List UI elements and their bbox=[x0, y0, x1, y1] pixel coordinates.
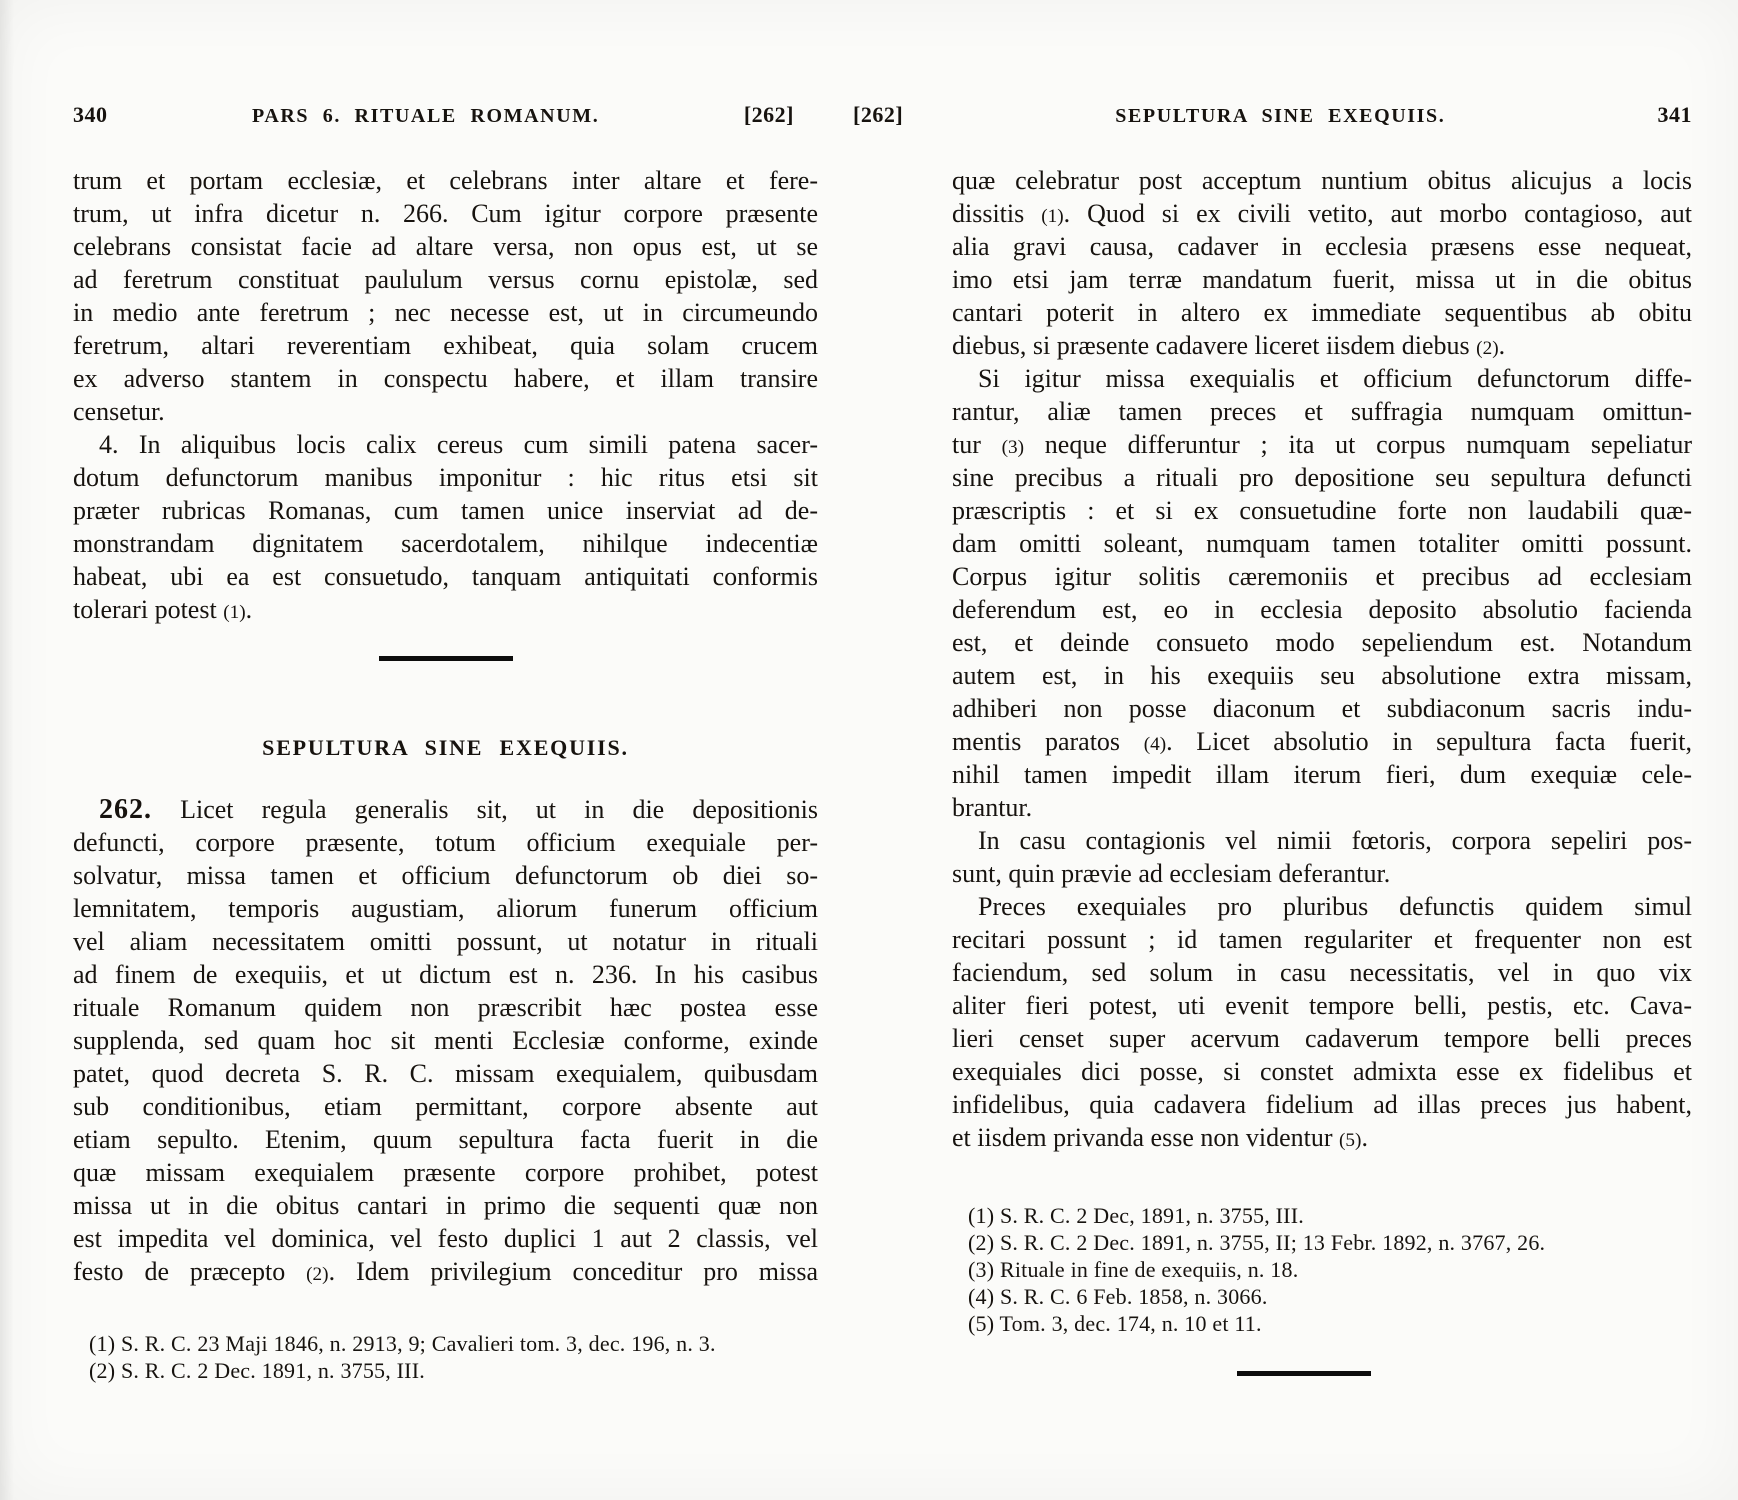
text-line: recitari possunt ; id tamen regulariter … bbox=[952, 923, 1692, 956]
text-line: censetur. bbox=[73, 395, 818, 428]
text-line: faciendum, sed solum in casu necessitati… bbox=[952, 956, 1692, 989]
text-line: dissitis (1). Quod si ex civili vetito, … bbox=[952, 197, 1692, 230]
paragraph: Preces exequiales pro pluribus defunctis… bbox=[952, 890, 1692, 1154]
footnote-line: (2) S. R. C. 2 Dec. 1891, n. 3755, III. bbox=[89, 1357, 818, 1384]
footnote-marker: (4) bbox=[1144, 734, 1166, 755]
footnote-line: (1) S. R. C. 23 Maji 1846, n. 2913, 9; C… bbox=[89, 1330, 818, 1357]
text-line: solvatur, missa tamen et officium defunc… bbox=[73, 859, 818, 892]
text-line: sunt, quin prævie ad ecclesiam deferantu… bbox=[952, 857, 1692, 890]
text-line: adhiberi non posse diaconum et subdiacon… bbox=[952, 692, 1692, 725]
left-section-ref: [262] bbox=[744, 102, 794, 128]
section-divider-rule bbox=[1237, 1371, 1371, 1376]
text-line: mentis paratos (4). Licet absolutio in s… bbox=[952, 725, 1692, 758]
text-line: festo de præcepto (2). Idem privilegium … bbox=[73, 1255, 818, 1288]
text-line: cantari poterit in altero ex immediate s… bbox=[952, 296, 1692, 329]
text-line: tur (3) neque differuntur ; ita ut corpu… bbox=[952, 428, 1692, 461]
footnotes: (1) S. R. C. 23 Maji 1846, n. 2913, 9; C… bbox=[73, 1330, 818, 1384]
text-line: missa ut in die obitus cantari in primo … bbox=[73, 1189, 818, 1222]
right-page-number: 341 bbox=[1657, 102, 1692, 128]
footnotes: (1) S. R. C. 2 Dec, 1891, n. 3755, III.(… bbox=[952, 1202, 1692, 1337]
footnote-marker: (2) bbox=[1476, 338, 1498, 359]
text-line: exequiales dici posse, si constet admixt… bbox=[952, 1055, 1692, 1088]
section-heading: SEPULTURA SINE EXEQUIIS. bbox=[73, 733, 818, 763]
text-line: ex adverso stantem in conspectu habere, … bbox=[73, 362, 818, 395]
text-line: rantur, aliæ tamen preces et suffragia n… bbox=[952, 395, 1692, 428]
text-line: ad feretrum constituat paululum versus c… bbox=[73, 263, 818, 296]
text-line: nihil tamen impedit illam iterum fieri, … bbox=[952, 758, 1692, 791]
section-divider-rule bbox=[379, 656, 513, 661]
text-line: Preces exequiales pro pluribus defunctis… bbox=[952, 890, 1692, 923]
text-line: et iisdem privanda esse non videntur (5)… bbox=[952, 1121, 1692, 1154]
text-line: est, et deinde consueto modo sepeliendum… bbox=[952, 626, 1692, 659]
text-line: est impedita vel dominica, vel festo dup… bbox=[73, 1222, 818, 1255]
text-line: trum et portam ecclesiæ, et celebrans in… bbox=[73, 164, 818, 197]
paragraph: Si igitur missa exequialis et officium d… bbox=[952, 362, 1692, 824]
text-line: aliter fieri potest, uti evenit tempore … bbox=[952, 989, 1692, 1022]
left-page-number: 340 bbox=[73, 102, 108, 128]
text-line: dotum defunctorum manibus imponitur : hi… bbox=[73, 461, 818, 494]
text-line: quæ missam exequialem præsente corpore p… bbox=[73, 1156, 818, 1189]
text-line: defuncti, corpore præsente, totum offici… bbox=[73, 826, 818, 859]
footnote-line: (2) S. R. C. 2 Dec. 1891, n. 3755, II; 1… bbox=[968, 1229, 1692, 1256]
left-running-title: PARS 6. RITUALE ROMANUM. bbox=[252, 105, 599, 128]
text-line: Corpus igitur solitis cæremoniis et prec… bbox=[952, 560, 1692, 593]
paragraph: 262. Licet regula generalis sit, ut in d… bbox=[73, 793, 818, 1288]
text-line: vel aliam necessitatem omitti possunt, u… bbox=[73, 925, 818, 958]
text-line: habeat, ubi ea est consuetudo, tanquam a… bbox=[73, 560, 818, 593]
paragraph: trum et portam ecclesiæ, et celebrans in… bbox=[73, 164, 818, 428]
text-line: in medio ante feretrum ; nec necesse est… bbox=[73, 296, 818, 329]
footnote-marker: (5) bbox=[1339, 1130, 1361, 1151]
footnote-marker: (1) bbox=[1041, 206, 1063, 227]
text-line: dam omitti soleant, numquam tamen totali… bbox=[952, 527, 1692, 560]
left-page-header: 340 PARS 6. RITUALE ROMANUM. [262] bbox=[73, 102, 818, 128]
footnote-line: (3) Rituale in fine de exequiis, n. 18. bbox=[968, 1256, 1692, 1283]
paragraph: 4. In aliquibus locis calix cereus cum s… bbox=[73, 428, 818, 626]
right-page-body: quæ celebratur post acceptum nuntium obi… bbox=[952, 164, 1692, 1376]
text-line: ad finem de exequiis, et ut dictum est n… bbox=[73, 958, 818, 991]
text-line: sine precibus a rituali pro depositione … bbox=[952, 461, 1692, 494]
footnote-marker: (1) bbox=[223, 602, 245, 623]
text-line: tolerari potest (1). bbox=[73, 593, 818, 626]
text-line: patet, quod decreta S. R. C. missam exeq… bbox=[73, 1057, 818, 1090]
text-line: In casu contagionis vel nimii fœtoris, c… bbox=[952, 824, 1692, 857]
right-page: [262] SEPULTURA SINE EXEQUIIS. 341 quæ c… bbox=[952, 102, 1692, 1376]
text-line: rituale Romanum quidem non præscribit hæ… bbox=[73, 991, 818, 1024]
text-line: brantur. bbox=[952, 791, 1692, 824]
footnote-marker: (2) bbox=[306, 1264, 328, 1285]
text-line: sub conditionibus, etiam permittant, cor… bbox=[73, 1090, 818, 1123]
text-line: deferendum est, eo in ecclesia deposito … bbox=[952, 593, 1692, 626]
text-line: præter rubricas Romanas, cum tamen unice… bbox=[73, 494, 818, 527]
text-line: lemnitatem, temporis augustiam, aliorum … bbox=[73, 892, 818, 925]
text-line: 4. In aliquibus locis calix cereus cum s… bbox=[73, 428, 818, 461]
text-line: alia gravi causa, cadaver in ecclesia pr… bbox=[952, 230, 1692, 263]
paragraph-number: 262. bbox=[99, 794, 152, 825]
footnote-line: (5) Tom. 3, dec. 174, n. 10 et 11. bbox=[968, 1310, 1692, 1337]
text-line: imo etsi jam terræ mandatum fuerit, miss… bbox=[952, 263, 1692, 296]
text-line: diebus, si præsente cadavere liceret iis… bbox=[952, 329, 1692, 362]
text-line: Si igitur missa exequialis et officium d… bbox=[952, 362, 1692, 395]
book-scan-spread: 340 PARS 6. RITUALE ROMANUM. [262] trum … bbox=[0, 0, 1738, 1500]
left-page: 340 PARS 6. RITUALE ROMANUM. [262] trum … bbox=[73, 102, 818, 1384]
paragraph: In casu contagionis vel nimii fœtoris, c… bbox=[952, 824, 1692, 890]
text-line: celebrans consistat facie ad altare vers… bbox=[73, 230, 818, 263]
footnote-line: (4) S. R. C. 6 Feb. 1858, n. 3066. bbox=[968, 1283, 1692, 1310]
text-line: etiam sepulto. Etenim, quum sepultura fa… bbox=[73, 1123, 818, 1156]
text-line: feretrum, altari reverentiam exhibeat, q… bbox=[73, 329, 818, 362]
text-line: lieri censet super acervum cadaverum tem… bbox=[952, 1022, 1692, 1055]
right-running-title: SEPULTURA SINE EXEQUIIS. bbox=[1115, 105, 1445, 128]
left-page-body: trum et portam ecclesiæ, et celebrans in… bbox=[73, 164, 818, 1384]
text-line: trum, ut infra dicetur n. 266. Cum igitu… bbox=[73, 197, 818, 230]
text-line: præscriptis : et si ex consuetudine fort… bbox=[952, 494, 1692, 527]
text-line: autem est, in his exequiis seu absolutio… bbox=[952, 659, 1692, 692]
text-line: supplenda, sed quam hoc sit menti Eccles… bbox=[73, 1024, 818, 1057]
text-line: monstrandam dignitatem sacerdotalem, nih… bbox=[73, 527, 818, 560]
footnote-line: (1) S. R. C. 2 Dec, 1891, n. 3755, III. bbox=[968, 1202, 1692, 1229]
right-page-header: [262] SEPULTURA SINE EXEQUIIS. 341 bbox=[853, 102, 1692, 128]
text-line: infidelibus, quia cadavera fidelium ad i… bbox=[952, 1088, 1692, 1121]
paragraph: quæ celebratur post acceptum nuntium obi… bbox=[952, 164, 1692, 362]
right-section-ref: [262] bbox=[853, 102, 903, 128]
text-line: quæ celebratur post acceptum nuntium obi… bbox=[952, 164, 1692, 197]
footnote-marker: (3) bbox=[1002, 437, 1024, 458]
text-line: 262. Licet regula generalis sit, ut in d… bbox=[73, 793, 818, 826]
